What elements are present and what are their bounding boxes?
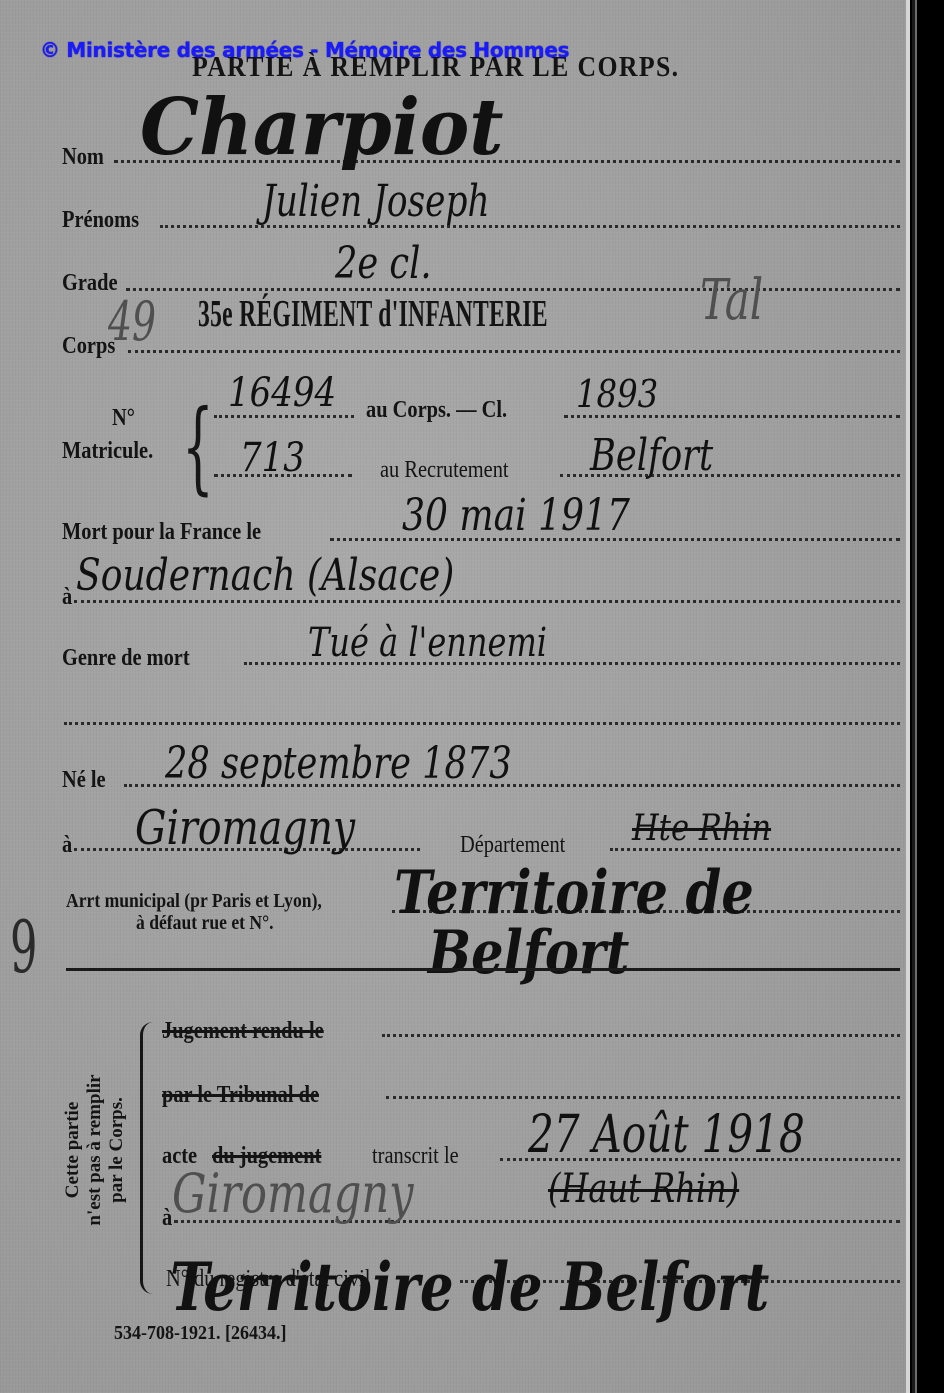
corps-dotted-line [128, 350, 900, 353]
tribunal-label: par le Tribunal de [162, 1082, 319, 1109]
lieu-transcription-label: à [162, 1205, 172, 1232]
section-divider-line [66, 968, 900, 971]
tribunal-dotted-line [386, 1096, 900, 1099]
lieu-deces-value: Soudernach (Alsace) [76, 550, 454, 601]
margin-annotation-mark: 9 [10, 905, 37, 989]
jugement-dotted-line [382, 1034, 900, 1037]
lieu-transcription-value: Giromagny [172, 1162, 414, 1225]
scan-background-edge [917, 0, 944, 1393]
corps-annotation-right: Tal [700, 268, 763, 333]
nom-value: Charpiot [140, 82, 504, 173]
prenoms-value: Julien Joseph [262, 176, 490, 227]
death-record-card: © Ministère des armées - Mémoire des Hom… [0, 0, 906, 1393]
matricule-recrutement-number: 713 [240, 435, 305, 481]
lieu-deces-label: à [62, 584, 72, 611]
departement-value-struck: Hte Rhin [632, 808, 771, 849]
lieu-transcription-struck-value: (Haut Rhin) [548, 1166, 739, 1212]
corps-printed-regiment: 35e RÉGIMENT d'INFANTERIE [198, 292, 548, 336]
ne-le-value: 28 septembre 1873 [165, 738, 512, 789]
matricule-no-label: N° [112, 405, 135, 432]
matricule-brace: { [182, 388, 214, 505]
classe-value: 1893 [576, 372, 658, 416]
arrondissement-label-line1: Arrt municipal (pr Paris et Lyon), [66, 890, 322, 913]
lieu-naissance-value: Giromagny [135, 800, 355, 856]
genre-de-mort-label: Genre de mort [62, 645, 190, 672]
copyright-watermark: © Ministère des armées - Mémoire des Hom… [40, 38, 569, 62]
card-border-right [906, 0, 910, 1393]
matricule-label: Matricule. [62, 438, 153, 465]
side-note-not-for-corps: Cette partie n'est pas à remplir par le … [62, 1050, 128, 1250]
matricule-corps-number: 16494 [228, 370, 336, 416]
mort-pour-la-france-label: Mort pour la France le [62, 519, 261, 546]
arrondissement-value-line2: Belfort [428, 918, 629, 988]
grade-value: 2e cl. [335, 238, 432, 289]
departement-label: Département [460, 832, 565, 859]
grade-dotted-line [126, 288, 900, 291]
au-recrutement-label: au Recrutement [380, 457, 509, 484]
jugement-rendu-label: Jugement rendu le [162, 1018, 324, 1045]
recrutement-value: Belfort [590, 430, 713, 481]
mort-date-value: 30 mai 1917 [402, 490, 630, 541]
arrondissement-label-line2: à défaut rue et N°. [136, 912, 274, 935]
corps-label: Corps [62, 333, 115, 360]
transcrit-date-value: 27 Août 1918 [528, 1105, 805, 1165]
nom-label: Nom [62, 144, 104, 171]
ne-le-label: Né le [62, 767, 106, 794]
genre-de-mort-value: Tué à l'ennemi [308, 620, 547, 666]
prenoms-label: Prénoms [62, 207, 139, 234]
au-corps-label: au Corps. — Cl. [366, 397, 507, 424]
lower-section-brace [140, 1022, 153, 1294]
blank-dotted-line [64, 722, 900, 725]
form-reference-number: 534-708-1921. [26434.] [114, 1322, 286, 1345]
registre-value: Territoire de Belfort [170, 1248, 769, 1326]
lieu-naissance-label: à [62, 832, 72, 859]
